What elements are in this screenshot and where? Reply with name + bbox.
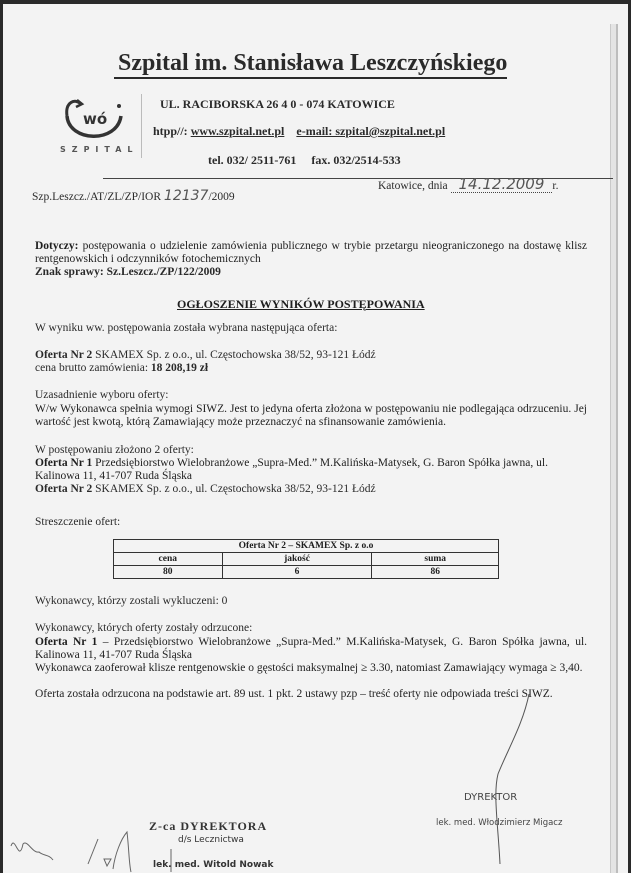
phone: tel. 032/ 2511-761: [208, 153, 296, 167]
justification-label: Uzasadnienie wyboru oferty:: [35, 389, 168, 402]
value-sum: 86: [372, 566, 499, 579]
scan-edge-strip: [610, 24, 618, 873]
email-link[interactable]: e-mail: szpital@szpital.net.pl: [296, 124, 445, 138]
subject-label: Dotyczy:: [35, 240, 78, 252]
announcement-heading: OGŁOSZENIE WYNIKÓW POSTĘPOWANIA: [177, 297, 425, 312]
date-suffix: r.: [552, 180, 558, 192]
hospital-title: Szpital im. Stanisława Leszczyńskiego: [114, 49, 507, 79]
fax: fax. 032/2514-533: [311, 153, 400, 167]
reference-number: Szp.Leszcz./AT/ZL/ZP/IOR 12137/2009: [32, 190, 235, 204]
offers-summary-table: Oferta Nr 2 – SKAMEX Sp. z o.o cena jako…: [113, 539, 499, 579]
selected-offer: Oferta Nr 2 SKAMEX Sp. z o.o., ul. Częst…: [35, 349, 376, 362]
offer-2: Oferta Nr 2 SKAMEX Sp. z o.o., ul. Częst…: [35, 483, 376, 496]
summary-table-title: Oferta Nr 2 – SKAMEX Sp. z o.o: [114, 540, 499, 553]
offer-2-label: Oferta Nr 2: [35, 483, 92, 495]
deputy-name: lek. med. Witold Nowak: [153, 860, 273, 870]
rejected-offer: Oferta Nr 1 – Przedsiębiorstwo Wielobran…: [35, 636, 587, 662]
table-header-row: cena jakość suma: [114, 553, 499, 566]
justification-text: W/w Wykonawca spełnia wymogi SIWZ. Jest …: [35, 403, 587, 429]
selected-offer-label: Oferta Nr 2: [35, 349, 92, 361]
offer-1-label: Oferta Nr 1: [35, 457, 92, 469]
rejected-label: Wykonawcy, których oferty zostały odrzuc…: [35, 622, 252, 635]
deputy-subtitle: d/s Lecznictwa: [178, 835, 244, 845]
director-title: DYREKTOR: [464, 792, 517, 803]
deputy-title: Z-ca DYREKTORA: [149, 819, 267, 834]
order-price: cena brutto zamówienia: 18 208,19 zł: [35, 362, 208, 375]
rejection-basis: Oferta została odrzucona na podstawie ar…: [35, 688, 587, 701]
website-link[interactable]: www.szpital.net.pl: [191, 124, 285, 138]
date-field: 14.12.2009: [451, 180, 553, 193]
place-date-label: Katowice, dnia: [378, 180, 448, 192]
svg-text:wó: wó: [83, 110, 107, 128]
subject: Dotyczy: postępowania o udzielenie zamów…: [35, 240, 587, 266]
value-price: 80: [114, 566, 223, 579]
director-name: lek. med. Włodzimierz Migacz: [436, 818, 562, 828]
col-price: cena: [114, 553, 223, 566]
col-sum: suma: [372, 553, 499, 566]
excluded-contractors: Wykonawcy, którzy zostali wykluczeni: 0: [35, 595, 227, 608]
case-number: Znak sprawy: Sz.Leszcz./ZP/122/2009: [35, 266, 221, 279]
rejected-offer-text: – Przedsiębiorstwo Wielobranżowe „Supra-…: [35, 636, 587, 661]
summary-label: Streszczenie ofert:: [35, 516, 120, 529]
offer-2-text: SKAMEX Sp. z o.o., ul. Częstochowska 38/…: [95, 483, 375, 495]
offers-intro: W postępowaniu złożono 2 oferty:: [35, 444, 194, 457]
price-value: 18 208,19 zł: [151, 362, 208, 374]
reference-prefix: Szp.Leszcz./AT/ZL/ZP/IOR: [32, 191, 161, 203]
reference-handwritten: 12137: [164, 188, 209, 204]
contact-line: htpp//: www.szpital.net.pl e-mail: szpit…: [153, 124, 445, 139]
rejection-reason: Wykonawca zaoferował klisze rentgenowski…: [35, 662, 587, 675]
reference-suffix: /2009: [208, 191, 234, 203]
place-date: Katowice, dnia 14.12.2009r.: [378, 178, 558, 193]
price-label: cena brutto zamówienia:: [35, 362, 148, 374]
date-handwritten: 14.12.2009: [459, 175, 545, 193]
value-quality: 6: [222, 566, 372, 579]
scanned-page: Szpital im. Stanisława Leszczyńskiego wó…: [3, 4, 628, 873]
web-label: htpp//:: [153, 124, 188, 138]
smile-logo-icon: wó: [55, 94, 141, 146]
selected-offer-text: SKAMEX Sp. z o.o., ul. Częstochowska 38/…: [95, 349, 375, 361]
phone-fax-line: tel. 032/ 2511-761 fax. 032/2514-533: [208, 153, 401, 168]
table-row: 80 6 86: [114, 566, 499, 579]
col-quality: jakość: [222, 553, 372, 566]
selection-intro: W wyniku ww. postępowania została wybran…: [35, 322, 337, 335]
rejected-offer-label: Oferta Nr 1: [35, 636, 97, 648]
address: UL. RACIBORSKA 26 4 0 - 074 KATOWICE: [160, 97, 395, 112]
logo-caption: SZPITAL: [60, 145, 139, 154]
subject-text: postępowania o udzielenie zamówienia pub…: [35, 240, 587, 265]
offer-1-text: Przedsiębiorstwo Wielobranżowe „Supra-Me…: [35, 457, 548, 482]
offer-1: Oferta Nr 1 Przedsiębiorstwo Wielobranżo…: [35, 457, 587, 483]
